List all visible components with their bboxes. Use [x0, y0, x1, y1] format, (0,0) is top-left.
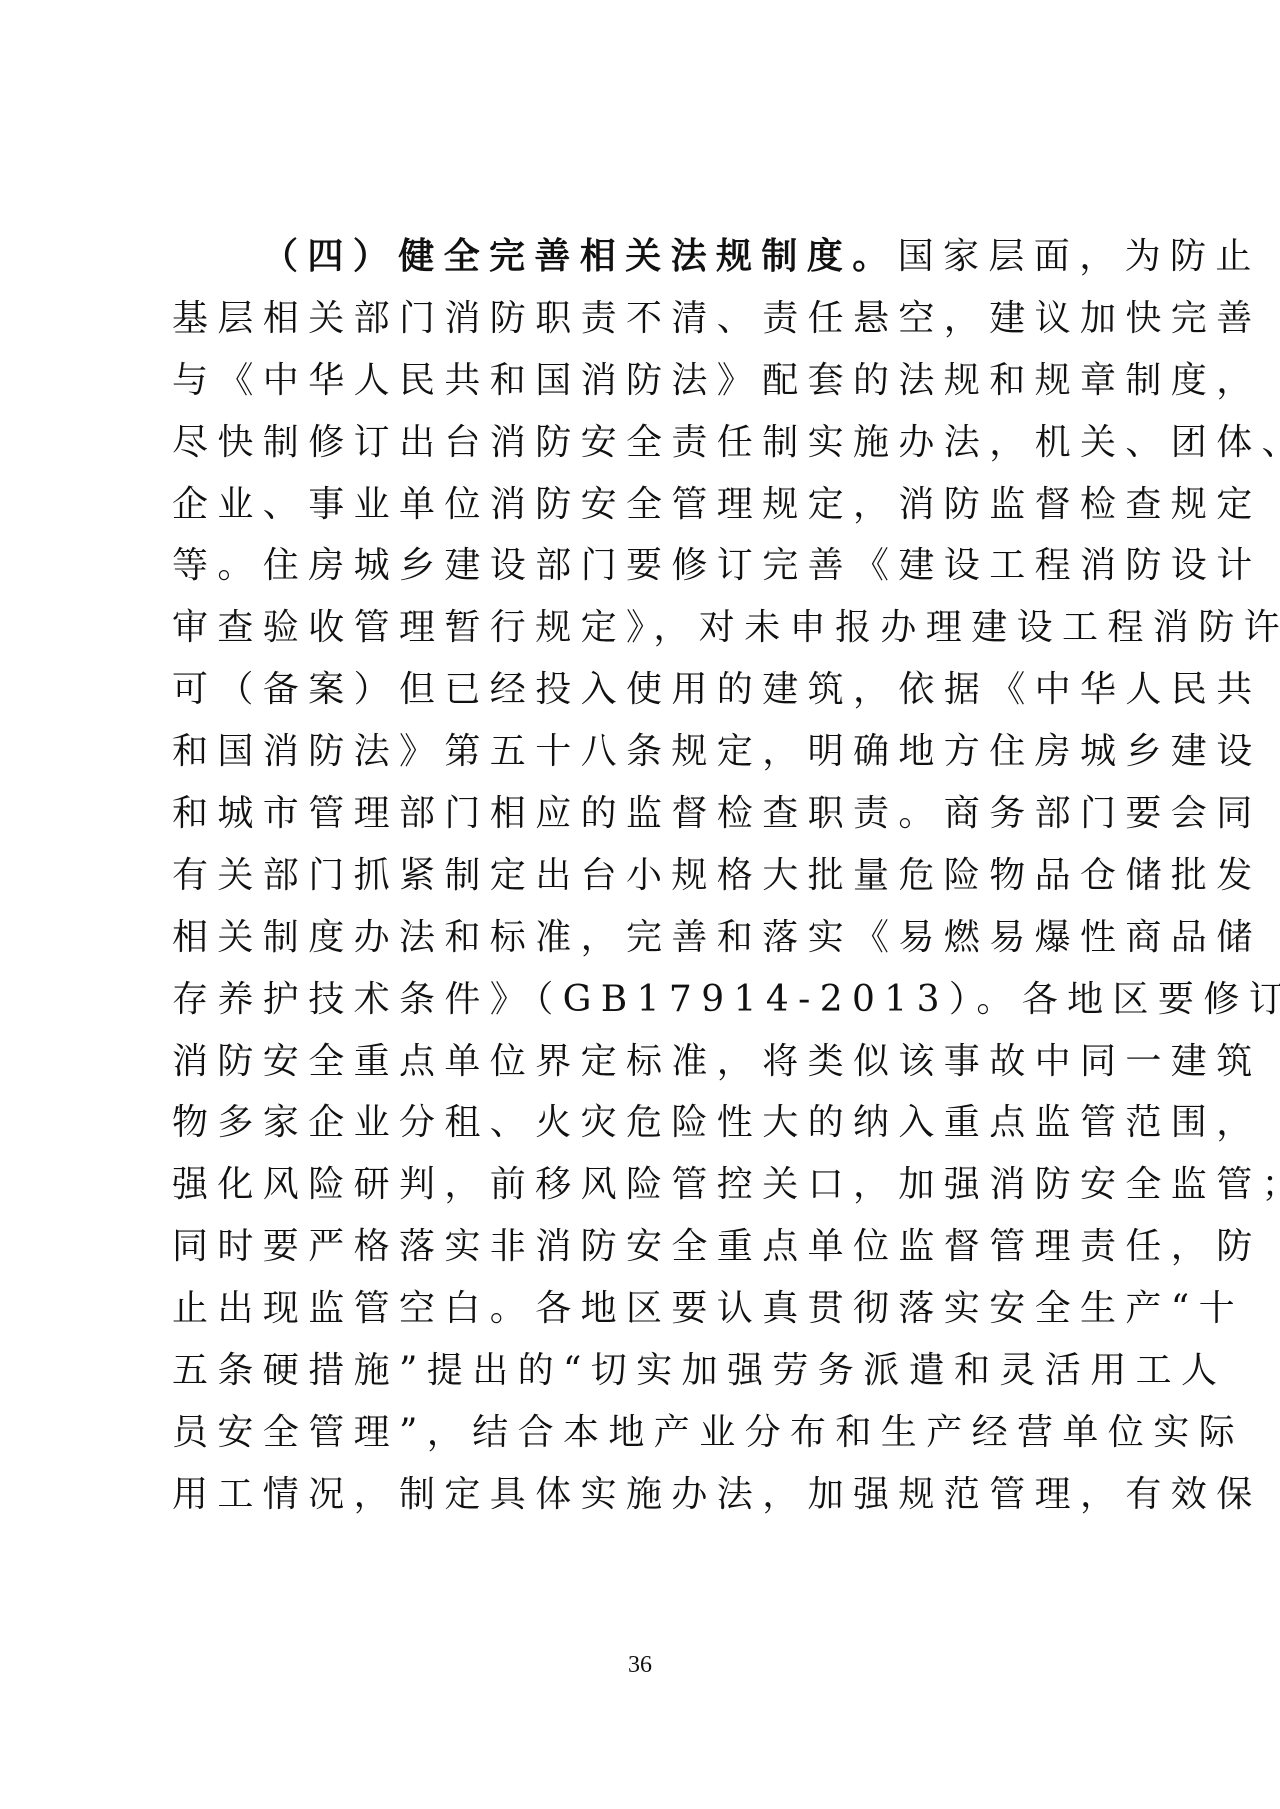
text-line: 存养护技术条件》（GB17914-2013）。各地区要修订完善 [172, 969, 1127, 1031]
document-page: （四）健全完善相关法规制度。国家层面，为防止 基层相关部门消防职责不清、责任悬空… [0, 0, 1280, 1809]
page-number: 36 [0, 1652, 1280, 1679]
text-line: 强化风险研判，前移风险管控关口，加强消防安全监管； [172, 1154, 1127, 1216]
text-line: 与《中华人民共和国消防法》配套的法规和规章制度， [172, 350, 1127, 412]
text-line: 审查验收管理暂行规定》，对未申报办理建设工程消防许 [172, 597, 1127, 659]
text-line: 和城市管理部门相应的监督检查职责。商务部门要会同 [172, 783, 1127, 845]
section-heading: （四）健全完善相关法规制度。 [262, 235, 898, 277]
text-line: 基层相关部门消防职责不清、责任悬空，建议加快完善 [172, 288, 1127, 350]
body-text: （四）健全完善相关法规制度。国家层面，为防止 基层相关部门消防职责不清、责任悬空… [172, 226, 1132, 1526]
text-line: 员安全管理”，结合本地产业分布和生产经营单位实际 [172, 1402, 1127, 1464]
text-line: 尽快制修订出台消防安全责任制实施办法，机关、团体、 [172, 412, 1127, 474]
text-line: 企业、事业单位消防安全管理规定，消防监督检查规定 [172, 474, 1127, 536]
text-line: 和国消防法》第五十八条规定，明确地方住房城乡建设 [172, 721, 1127, 783]
text-line: 等。住房城乡建设部门要修订完善《建设工程消防设计 [172, 535, 1127, 597]
text-line: 国家层面，为防止 [898, 236, 1261, 277]
text-line: 用工情况，制定具体实施办法，加强规范管理，有效保 [172, 1464, 1127, 1526]
text-line: 相关制度办法和标准，完善和落实《易燃易爆性商品储 [172, 907, 1127, 969]
text-line: 可（备案）但已经投入使用的建筑，依据《中华人民共 [172, 659, 1127, 721]
text-line: 五条硬措施”提出的“切实加强劳务派遣和灵活用工人 [172, 1340, 1127, 1402]
text-line: 消防安全重点单位界定标准，将类似该事故中同一建筑 [172, 1031, 1127, 1093]
text-line: 同时要严格落实非消防安全重点单位监督管理责任，防 [172, 1216, 1127, 1278]
text-line: 止出现监管空白。各地区要认真贯彻落实安全生产“十 [172, 1278, 1127, 1340]
text-line: 有关部门抓紧制定出台小规格大批量危险物品仓储批发 [172, 845, 1127, 907]
paragraph-first-line: （四）健全完善相关法规制度。国家层面，为防止 [172, 226, 1127, 288]
text-line: 物多家企业分租、火灾危险性大的纳入重点监管范围， [172, 1092, 1127, 1154]
